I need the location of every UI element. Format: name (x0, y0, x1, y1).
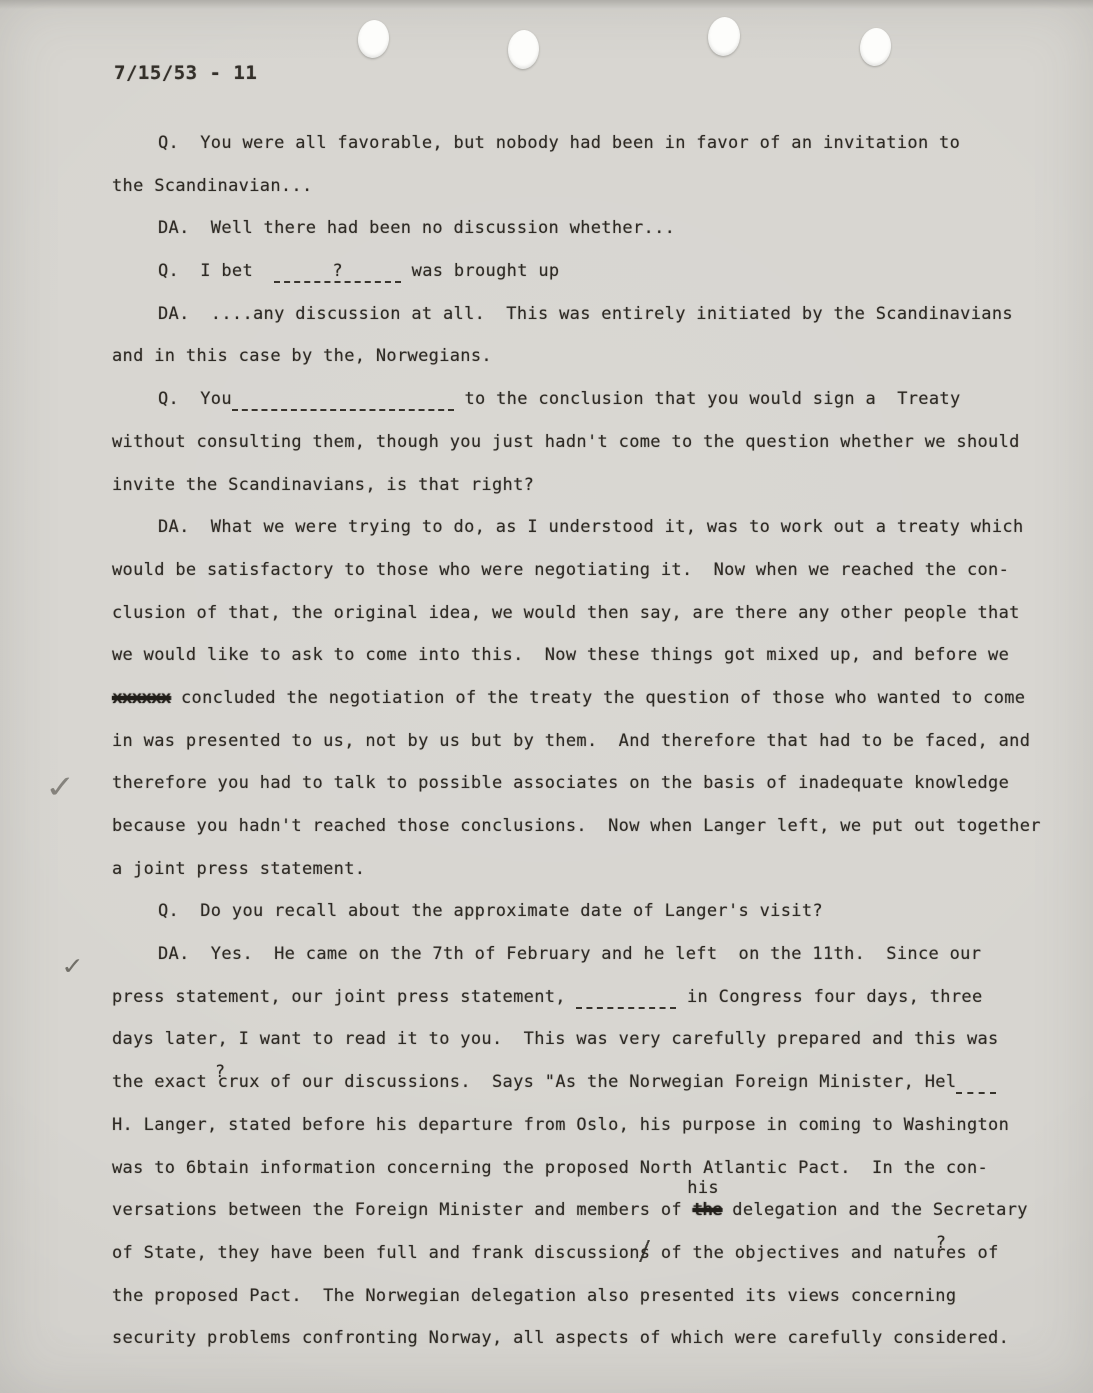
typed-text: therefore you had to talk to possible as… (112, 773, 1009, 793)
typed-text: of State, they have been full and frank … (112, 1243, 640, 1263)
document-line: a joint press statement. (112, 848, 1072, 891)
document-line: therefore you had to talk to possible as… (112, 762, 1072, 805)
annotated-word: crux? (218, 1072, 260, 1092)
document-line: xxxxxx concluded the negotiation of the … (112, 677, 1072, 720)
page-header-date-page-number: 7/15/53 - 11 (114, 62, 257, 84)
punch-hole (706, 15, 742, 57)
typed-text: Q. Do you recall about the approximate d… (158, 901, 823, 921)
typed-text: DA. Well there had been no discussion wh… (158, 218, 675, 238)
struck-out-text: xxxxxx (112, 688, 170, 708)
question-mark-annotation: ? (936, 1222, 946, 1265)
typed-text: DA. Yes. He came on the 7th of February … (158, 944, 981, 964)
margin-checkmark: ✓ (44, 769, 78, 806)
typed-text: a joint press statement. (112, 859, 365, 879)
typed-text: and in this case by the, Norwegians. (112, 346, 492, 366)
question-mark-annotation: ? (215, 1051, 225, 1094)
document-line: DA. Yes. He came on the 7th of February … (112, 933, 1072, 976)
document-line: in was presented to us, not by us but by… (112, 720, 1072, 763)
document-line: clusion of that, the original idea, we w… (112, 592, 1072, 635)
typed-text: days later, I want to read it to you. Th… (112, 1029, 999, 1049)
document-line: Q. You to the conclusion that you would … (112, 378, 1072, 421)
typed-text: clusion of that, the original idea, we w… (112, 603, 1020, 623)
typed-text: security problems confronting Norway, al… (112, 1328, 1009, 1348)
inserted-word-above: his (687, 1167, 719, 1210)
typed-text: we would like to ask to come into this. … (112, 645, 1009, 665)
document-line: the exact crux? of our discussions. Says… (112, 1061, 1072, 1104)
document-line: Q. I bet ? was brought up (112, 250, 1072, 293)
document-line: days later, I want to read it to you. Th… (112, 1018, 1072, 1061)
document-line: because you hadn't reached those conclus… (112, 805, 1072, 848)
document-line: DA. ....any discussion at all. This was … (112, 293, 1072, 336)
typed-text: invite the Scandinavians, is that right? (112, 475, 534, 495)
document-line: press statement, our joint press stateme… (112, 976, 1072, 1019)
typed-text: versations between the Foreign Minister … (112, 1200, 693, 1220)
scanned-document-page: 7/15/53 - 11 ✓ ✓ Q. You were all favorab… (0, 0, 1093, 1393)
typed-text: Q. I bet (158, 261, 274, 281)
typed-text: in Congress four days, three (676, 987, 982, 1007)
fill-in-blank: ? (274, 261, 401, 283)
document-line: the Scandinavian... (112, 165, 1072, 208)
typed-text: press statement, our joint press stateme… (112, 987, 576, 1007)
margin-checkmark: ✓ (61, 954, 85, 981)
typed-text: of the objectives and (650, 1243, 893, 1263)
punch-hole (356, 18, 391, 59)
typed-text: H. Langer, stated before his departure f… (112, 1115, 1009, 1135)
document-line: Q. Do you recall about the approximate d… (112, 890, 1072, 933)
typed-text: the Scandinavian... (112, 176, 313, 196)
typed-text: in was presented to us, not by us but by… (112, 731, 1030, 751)
document-line: of State, they have been full and frank … (112, 1232, 1072, 1275)
typed-text: of our discussions. Says "As the Norwegi… (260, 1072, 957, 1092)
typed-text: Q. You (158, 389, 232, 409)
document-line: DA. What we were trying to do, as I unde… (112, 506, 1072, 549)
document-line: the proposed Pact. The Norwegian delegat… (112, 1275, 1072, 1318)
document-line: Q. You were all favorable, but nobody ha… (112, 122, 1072, 165)
punch-hole (858, 26, 894, 68)
typed-text: without consulting them, though you just… (112, 432, 1020, 452)
fill-in-blank (232, 389, 454, 411)
document-line: invite the Scandinavians, is that right? (112, 464, 1072, 507)
typed-text: the exact (112, 1072, 218, 1092)
slashed-letter: s (640, 1243, 651, 1263)
annotated-word: natures? (893, 1243, 967, 1263)
typed-text: because you hadn't reached those conclus… (112, 816, 1041, 836)
document-line: DA. Well there had been no discussion wh… (112, 207, 1072, 250)
typed-text: was to 6btain information concerning the… (112, 1158, 988, 1178)
typed-text: the proposed Pact. The Norwegian delegat… (112, 1286, 956, 1306)
typed-text: was brought up (401, 261, 559, 281)
typed-text: concluded the negotiation of the treaty … (170, 688, 1025, 708)
corrected-word: thehis (693, 1189, 722, 1232)
document-line: H. Langer, stated before his departure f… (112, 1104, 1072, 1147)
punch-hole (507, 29, 541, 70)
fill-in-blank (956, 1072, 996, 1094)
document-line: without consulting them, though you just… (112, 421, 1072, 464)
typed-text: delegation and the Secretary (722, 1200, 1028, 1220)
document-line: we would like to ask to come into this. … (112, 634, 1072, 677)
document-line: would be satisfactory to those who were … (112, 549, 1072, 592)
typed-text: Q. You were all favorable, but nobody ha… (158, 133, 960, 153)
document-line: and in this case by the, Norwegians. (112, 335, 1072, 378)
fill-in-blank (576, 987, 676, 1009)
document-body: Q. You were all favorable, but nobody ha… (112, 122, 1072, 1360)
typed-text: DA. ....any discussion at all. This was … (158, 304, 1013, 324)
typed-text: would be satisfactory to those who were … (112, 560, 1009, 580)
typed-text: of (967, 1243, 999, 1263)
document-line: security problems confronting Norway, al… (112, 1317, 1072, 1360)
scan-edge (0, 0, 1093, 9)
document-line: was to 6btain information concerning the… (112, 1147, 1072, 1190)
document-line: versations between the Foreign Minister … (112, 1189, 1072, 1232)
typed-text: to the conclusion that you would sign a … (454, 389, 961, 409)
typed-text: DA. What we were trying to do, as I unde… (158, 517, 1024, 537)
